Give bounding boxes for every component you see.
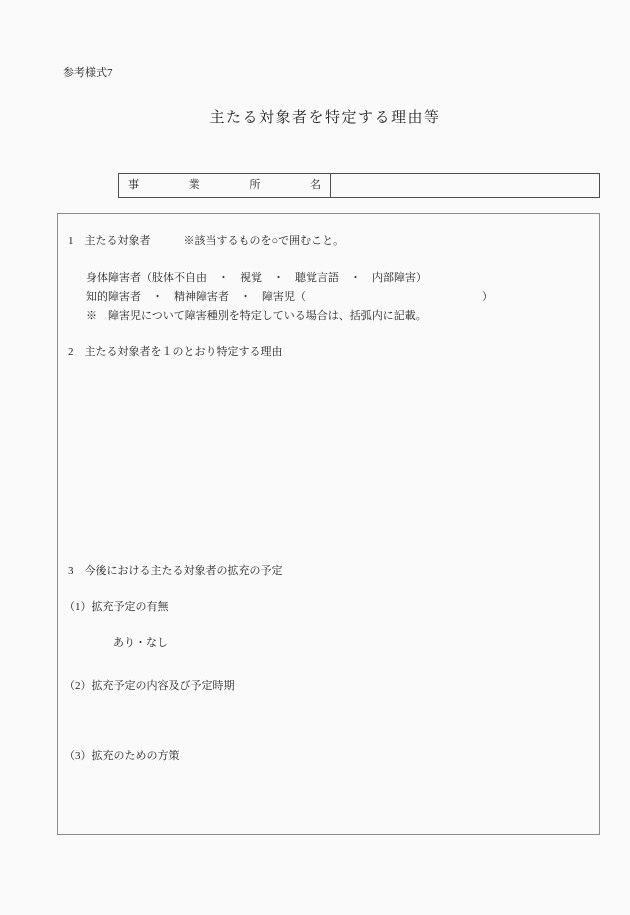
section3-heading: 3 今後における主たる対象者の拡充の予定 xyxy=(68,564,283,578)
office-name-value-cell xyxy=(331,174,599,197)
page-title: 主たる対象者を特定する理由等 xyxy=(20,106,630,127)
section3-q3-label: （3）拡充のための方策 xyxy=(64,749,180,763)
form-number-label: 参考様式7 xyxy=(63,66,113,80)
form-body-box: 1 主たる対象者 ※該当するものを○で囲むこと。 身体障害者（肢体不自由 ・ 視… xyxy=(57,213,600,835)
section3-q1-label: （1）拡充予定の有無 xyxy=(64,600,169,614)
section1-option-line-2: 知的障害者 ・ 精神障害者 ・ 障害児（ ） xyxy=(86,290,493,304)
section3-q1-options: あり・なし xyxy=(113,636,168,650)
section1-heading: 1 主たる対象者 ※該当するものを○で囲むこと。 xyxy=(68,234,344,248)
section3-q2-label: （2）拡充予定の内容及び予定時期 xyxy=(64,679,235,693)
section1-option-line-1: 身体障害者（肢体不自由 ・ 視覚 ・ 聴覚言語 ・ 内部障害） xyxy=(86,271,427,285)
office-name-table: 事 業 所 名 xyxy=(118,173,600,198)
document-page: 参考様式7 主たる対象者を特定する理由等 事 業 所 名 1 主たる対象者 ※該… xyxy=(0,0,630,915)
section1-note: ※ 障害児について障害種別を特定している場合は、括弧内に記載。 xyxy=(86,309,427,323)
office-name-label: 事 業 所 名 xyxy=(119,174,331,197)
section2-heading: 2 主たる対象者を１のとおり特定する理由 xyxy=(68,345,283,359)
